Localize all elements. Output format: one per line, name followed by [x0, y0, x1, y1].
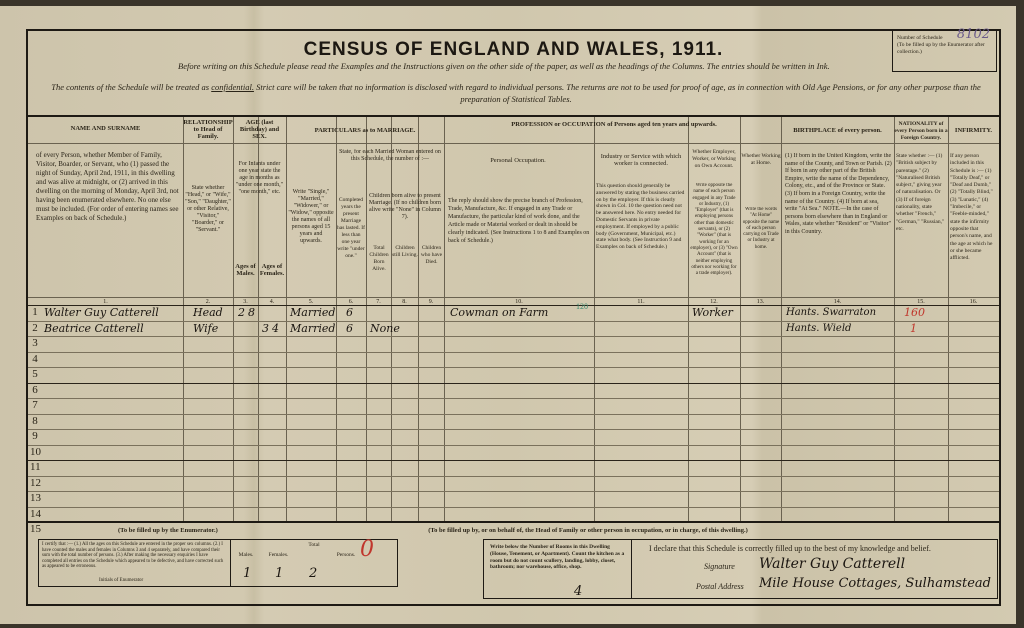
schedule-number-value: 8102: [957, 31, 990, 38]
footer-section: (To be filled up by the Enumerator.) I c…: [28, 521, 999, 608]
table-row: 5: [28, 367, 999, 384]
rooms-count: 4: [574, 589, 582, 596]
table-row: 4: [28, 352, 999, 369]
persons-total: 2: [309, 566, 317, 581]
red-mark: 0: [360, 537, 374, 562]
table-row: 9: [28, 429, 999, 446]
col-16-instructions: If any person included in this Schedule …: [950, 153, 997, 262]
col-12-subheading: Whether Employer, Worker, or Working on …: [690, 149, 738, 170]
row-number: 12: [30, 476, 40, 491]
head-of-family-box: Write below the Number of Rooms in this …: [483, 539, 998, 599]
col-13-instructions: Write the words "At Home" opposite the n…: [741, 207, 781, 251]
row-number: 10: [30, 445, 40, 460]
enumerator-section-title: (To be filled up by the Enumerator.): [118, 527, 218, 534]
col-9-instructions: Children who have Died.: [419, 245, 444, 266]
col-12-instructions: Write opposite the name of each person e…: [690, 183, 738, 277]
enumerator-box: I certify that :— (1.) All the ages on t…: [38, 539, 398, 587]
row-number: 7: [30, 398, 40, 413]
birthplace-cell: Hants. Wield: [786, 321, 851, 336]
males-total: 1: [243, 566, 251, 581]
table-row: 11: [28, 460, 999, 477]
row-number: 9: [30, 429, 40, 444]
col-11-subheading: Industry or Service with which worker is…: [596, 153, 686, 167]
ages-females-label: Ages of Females.: [258, 263, 286, 277]
schedule-frame: CENSUS OF ENGLAND AND WALES, 1911. Befor…: [26, 29, 1001, 606]
ages-males-label: Ages of Males.: [233, 263, 258, 277]
years-married-cell: 6: [346, 305, 353, 320]
males-label: Males.: [231, 552, 261, 558]
col-5-instructions: Write "Single," "Married," "Widower," or…: [288, 189, 334, 245]
col-3-instructions: For Infants under one year state the age…: [235, 161, 284, 196]
table-row: 6: [28, 383, 999, 400]
declaration-text: I declare that this Schedule is correctl…: [649, 544, 931, 553]
occupation-cell: Cowman on Farm: [450, 305, 548, 320]
enumerator-certification: I certify that :— (1.) All the ages on t…: [42, 542, 226, 570]
instruction-line-1: Before writing on this Schedule please r…: [178, 61, 878, 71]
table-row: 7: [28, 398, 999, 415]
row-number: 3: [30, 336, 40, 351]
row-number: 11: [30, 460, 40, 475]
occupation-code: 120: [576, 299, 588, 314]
row-number: 5: [30, 367, 40, 382]
col-15-instructions: State whether :— (1) "British subject by…: [896, 153, 946, 233]
table-row: 13: [28, 491, 999, 508]
col-5-heading: PARTICULARS as to MARRIAGE.: [286, 127, 444, 134]
marriage-cell: Married: [290, 305, 335, 320]
row-number: 4: [30, 352, 40, 367]
birthplace-code: 160: [904, 305, 925, 320]
females-total: 1: [275, 566, 283, 581]
females-label: Females.: [261, 552, 296, 558]
col-7-instructions: Total Children Born Alive.: [367, 245, 391, 273]
row-number: 8: [30, 414, 40, 429]
table-row: 3: [28, 336, 999, 353]
col-6-instructions: Completed years the present Marriage has…: [337, 197, 365, 260]
page-title: CENSUS OF ENGLAND AND WALES, 1911.: [28, 39, 999, 61]
col-8-instructions: Children still Living.: [392, 245, 418, 259]
confidential-text: confidential.: [211, 82, 254, 92]
signature: Walter Guy Catterell: [759, 556, 905, 572]
children-born-group: Children born alive to present Marriage.…: [368, 193, 442, 221]
married-woman-group: State, for each Married Woman entered on…: [338, 149, 442, 163]
table-row: 1 Walter Guy Catterell Head 28 Married 6…: [28, 305, 999, 322]
census-schedule-page: CENSUS OF ENGLAND AND WALES, 1911. Befor…: [0, 6, 1016, 624]
col-13-subheading: Whether Working at Home.: [741, 153, 781, 167]
enumerator-initials-label: Initials of Enumerator: [99, 578, 143, 583]
col-2-instructions: State whether "Head," or "Wife," "Son," …: [185, 185, 231, 234]
table-row: 8: [28, 414, 999, 431]
row-number: 13: [30, 491, 40, 506]
col-1-heading: NAME AND SURNAME: [28, 125, 183, 132]
col-10-heading: PROFESSION or OCCUPATION of Persons aged…: [444, 121, 784, 128]
instruction-line-2: The contents of the Schedule will be tre…: [36, 81, 996, 105]
years-married-cell: 6: [346, 321, 353, 336]
birthplace-cell: Hants. Swarraton: [786, 305, 876, 320]
table-row: 10: [28, 445, 999, 462]
marriage-cell: Married: [290, 321, 335, 336]
postal-address-label: Postal Address: [696, 582, 744, 591]
row-number: 6: [30, 383, 40, 398]
head-section-title: (To be filled up by, or on behalf of, th…: [238, 527, 938, 534]
signature-label: Signature: [704, 562, 735, 571]
relationship-cell: Wife: [193, 321, 218, 336]
col-2-heading: RELATIONSHIP to Head of Family.: [183, 119, 233, 140]
age-male-cell: 28: [238, 305, 258, 320]
relationship-cell: Head: [193, 305, 223, 320]
employment-cell: Worker: [692, 305, 733, 320]
header-num-divider: [28, 297, 999, 298]
col-10-subheading: Personal Occupation.: [448, 157, 588, 164]
col-14-instructions: (1) If born in the United Kingdom, write…: [785, 153, 892, 237]
name-cell: Walter Guy Catterell: [44, 305, 159, 320]
children-born-cell: None: [370, 321, 400, 336]
rooms-instruction: Write below the Number of Rooms in this …: [484, 540, 632, 598]
age-female-cell: 34: [262, 321, 282, 336]
row-number: 1: [30, 305, 40, 320]
col-1-instructions: of every Person, whether Member of Famil…: [36, 151, 181, 223]
table-row: 12: [28, 476, 999, 493]
birthplace-code: 1: [910, 321, 917, 336]
row-number: 2: [30, 321, 40, 336]
col-14-heading: BIRTHPLACE of every person.: [781, 127, 894, 134]
row-number: 14: [30, 507, 40, 522]
col-15-heading: NATIONALITY of every Person born in a Fo…: [894, 121, 948, 142]
name-cell: Beatrice Catterell: [44, 321, 144, 336]
persons-label: Persons.: [296, 552, 396, 558]
schedule-number-note: (To be filled up by the Enumerator after…: [897, 42, 992, 56]
col-10-instructions: The reply should show the precise branch…: [448, 197, 590, 245]
col-11-instructions: This question should generally be answer…: [596, 183, 686, 251]
census-table: NAME AND SURNAME of every Person, whethe…: [28, 115, 999, 521]
col-16-heading: INFIRMITY.: [948, 127, 999, 134]
header-divider: [28, 143, 999, 144]
postal-address: Mile House Cottages, Sulhamstead: [759, 576, 991, 591]
col-3-heading: AGE (last Birthday) and SEX.: [233, 119, 286, 140]
schedule-number-box: Number of Schedule (To be filled up by t…: [892, 30, 997, 72]
table-row: 2 Beatrice Catterell Wife 34 Married 6 N…: [28, 321, 999, 338]
